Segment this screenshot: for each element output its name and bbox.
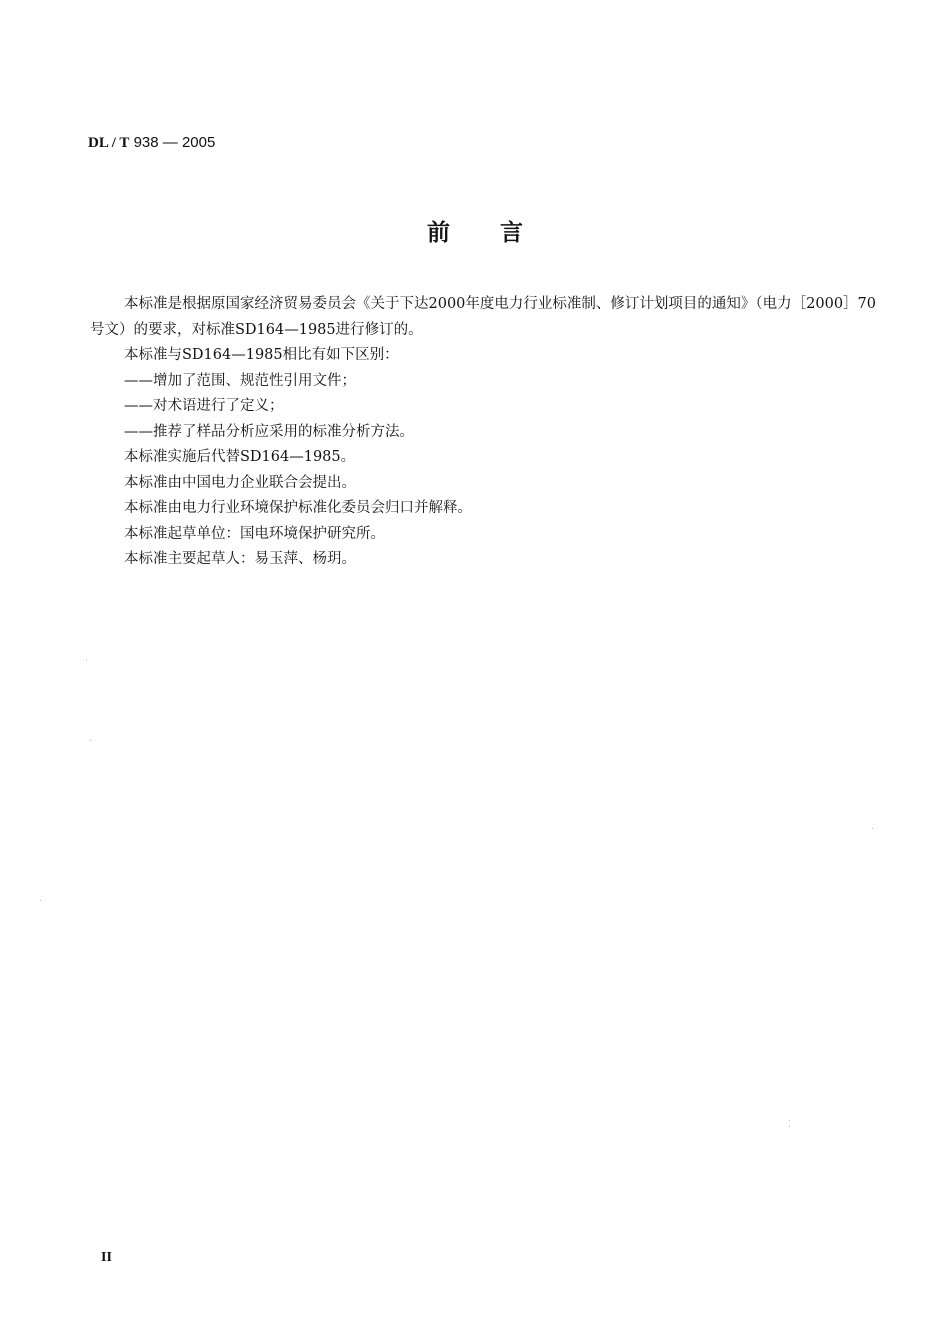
title-char-1: 前 [427,220,500,246]
scan-speck [789,1120,790,1121]
scan-speck [90,740,91,741]
paragraph-differences-intro: 本标准与SD164—1985相比有如下区别： [90,343,880,369]
scan-speck [872,828,873,829]
page-title: 前言 [0,214,950,247]
paragraph-drafters: 本标准主要起草人：易玉萍、杨玥。 [90,547,880,573]
standard-code-prefix: DL / T [88,135,129,151]
standard-code-header: DL / T 938 — 2005 [88,134,215,152]
paragraph-replaces: 本标准实施后代替SD164—1985。 [90,445,880,471]
list-item-methods: ——推荐了样品分析应采用的标准分析方法。 [90,420,880,446]
title-char-2: 言 [500,220,573,246]
scan-speck [789,1126,790,1127]
foreword-body: 本标准是根据原国家经济贸易委员会《关于下达2000年度电力行业标准制、修订计划项… [90,292,880,573]
paragraph-basis: 本标准是根据原国家经济贸易委员会《关于下达2000年度电力行业标准制、修订计划项… [90,292,880,343]
paragraph-drafting-unit: 本标准起草单位：国电环境保护研究所。 [90,522,880,548]
paragraph-administered-by: 本标准由电力行业环境保护标准化委员会归口并解释。 [90,496,880,522]
scan-speck [86,660,87,661]
page-number: II [101,1250,112,1266]
list-item-terms: ——对术语进行了定义； [90,394,880,420]
standard-code-number: 938 — 2005 [129,134,215,151]
paragraph-proposed-by: 本标准由中国电力企业联合会提出。 [90,471,880,497]
scan-speck [40,900,41,901]
list-item-scope: ——增加了范围、规范性引用文件； [90,369,880,395]
